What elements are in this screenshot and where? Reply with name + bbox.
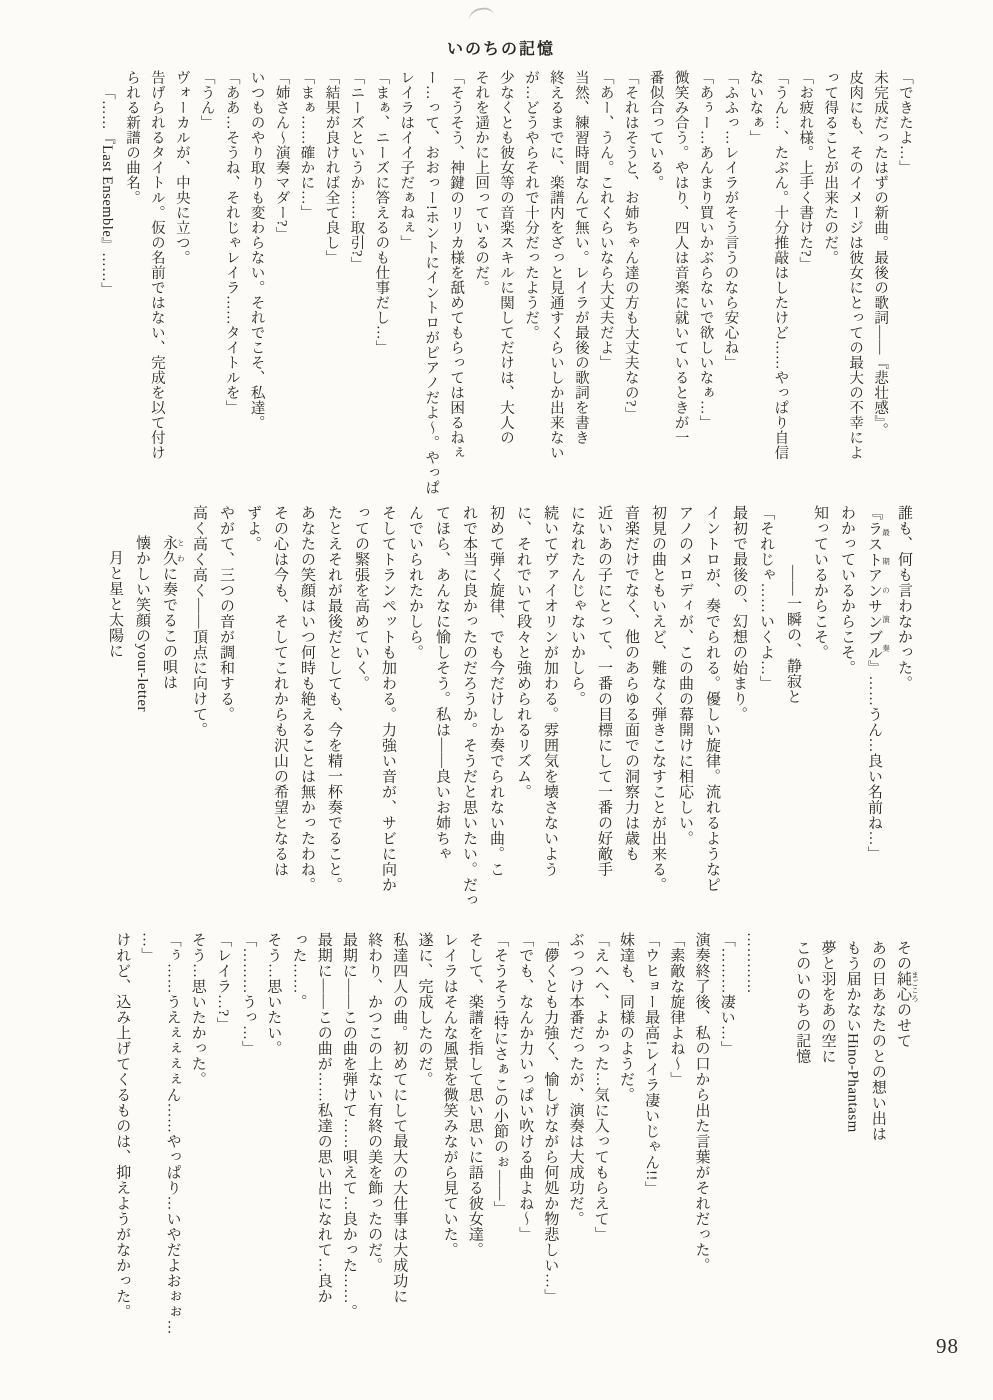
text-line: んでいられたかしら。 (401, 505, 428, 929)
text-line: 「それじゃ……いくよ…」 (752, 505, 779, 929)
text-line: ヴォーカルが、中央に立つ。 (169, 70, 194, 512)
text-line: その心は今も、そしてこれからも沢山の希望となるは (266, 505, 293, 929)
text-line: 「まぁ、ニーズに答えるのも仕事だし…」 (368, 70, 393, 512)
text-line: 近いあの子にとって、一番の目標にして一番の好敵手 (590, 505, 617, 929)
text-line: 続いてヴァイオリンが加わる。雰囲気を壊さないよう (536, 505, 563, 929)
text-block-opening-scene: 「できたよ…」未完成だったはずの新曲。最後の歌詞――『悲壮感』。皮肉にも、そのイ… (94, 70, 917, 512)
text-line: 「ああ…そうね、それじゃレイラ……タイトルを」 (219, 70, 244, 512)
text-line (764, 932, 789, 1336)
text-line: ずよ。 (239, 505, 266, 929)
page-title: いのちの記憶 (447, 36, 555, 59)
text-line: 「ニーズというか……取引?」 (343, 70, 368, 512)
text-line: 当然、練習時間なんて無い。レイラが最後の歌詞を書き (568, 70, 593, 512)
text-line: そして、楽譜を指して思い思いに語る彼女達。 (462, 932, 487, 1336)
text-line: 遂に、完成したのだ。 (411, 932, 436, 1336)
text-line: 「………うっ…」 (235, 932, 260, 1336)
text-line: っての緊張を高めていく。 (347, 505, 374, 929)
text-line: ぶっつけ本番だったが、演奏は大成功だ。 (562, 932, 587, 1336)
scanned-novel-page: いのちの記憶 「できたよ…」未完成だったはずの新曲。最後の歌詞――『悲壮感』。皮… (0, 0, 993, 1400)
text-line: 『ラストアンサンブル最期の演奏』……うん…良い名前ね…」 (860, 505, 890, 929)
text-line: 永久とわに奏でるこの唄は (155, 505, 185, 929)
text-line: が…どうやらそれで十分だったようだ。 (518, 70, 543, 512)
text-line: 演奏終了後、私の口から出た言葉がそれだった。 (688, 932, 713, 1336)
text-line: それを遥かに上回っているのだ。 (468, 70, 493, 512)
text-line: 「……『Last Ensemble』……」 (94, 70, 119, 512)
scan-artifact (467, 6, 494, 22)
text-line: 「できたよ…」 (892, 70, 917, 512)
text-line: あの日あなたのとの想い出は (865, 932, 890, 1336)
page-number: 98 (936, 1334, 959, 1359)
text-line: になれたんじゃないかしら。 (563, 505, 590, 929)
text-line: そう…思いたい。 (260, 932, 285, 1336)
text-line: 「結果が良ければ全て良し」 (319, 70, 344, 512)
text-line: 「あー、うん。これくらいなら大丈夫だよ」 (593, 70, 618, 512)
text-line: 「お疲れ様。上手く書けた?」 (792, 70, 817, 512)
text-line: った……。 (285, 932, 310, 1336)
text-line: 高く高く高く――頂点に向けて。 (185, 505, 212, 929)
text-line: レイラはイイ子だぁねぇ」 (393, 70, 418, 512)
text-line: てほら、あんなに愉しそう。私は――良いお姉ちゃ (428, 505, 455, 929)
text-line: 「そうそう!特にさぁこの小節のぉ――」 (487, 932, 512, 1336)
text-line: ー…って、おおっー!ホントにイントロがピアノだよ〜。やっぱ (418, 70, 443, 512)
text-line: アノのメロディが、この曲の幕開けに相応しい。 (671, 505, 698, 929)
text-line: やがて、三つの音が調和する。 (212, 505, 239, 929)
text-line: わかっているからこそ。 (833, 505, 860, 929)
text-line: レイラはそんな風景を微笑みながら見ていた。 (436, 932, 461, 1336)
text-line: られる新譜の曲名。 (119, 70, 144, 512)
text-line: 「レイラ…?」 (210, 932, 235, 1336)
text-line: 「あぅー…あんまり買いかぶらないで欲しいなぁ…」 (693, 70, 718, 512)
text-line: 「まぁ……確かに…」 (294, 70, 319, 512)
text-line: 未完成だったはずの新曲。最後の歌詞――『悲壮感』。 (867, 70, 892, 512)
text-line: たとえそれが最後だとしても、今を精一杯奏でること。 (320, 505, 347, 929)
text-line: 夢と羽をあの空に (814, 932, 839, 1336)
text-line: 告げられるタイトル。仮の名前ではない、完成を以て付け (144, 70, 169, 512)
text-block-performance-scene: 誰も、何も言わなかった。『ラストアンサンブル最期の演奏』……うん…良い名前ね…」… (101, 505, 917, 929)
text-line: 懐かしい笑顔のyour-letter (128, 505, 155, 929)
text-line: 「それはそうと、お姉ちゃん達の方も大丈夫なの?」 (618, 70, 643, 512)
text-line: 「儚くとも力強く、愉しげながら何処か物悲しい…」 (537, 932, 562, 1336)
text-line: けれど、込み上げてくるものは、抑えようがなかった。 (109, 932, 134, 1336)
text-line: 番似合っている。 (643, 70, 668, 512)
text-line: ………… (739, 932, 764, 1336)
text-line: 「そうそう、神鍵のリリカ様を舐めてもらっては困るねぇ (443, 70, 468, 512)
text-line: あなたの笑顔はいつ何時も絶えることは無かったわね。 (293, 505, 320, 929)
text-line: 「ウヒョー最高!レイラ凄いじゃん!!」 (638, 932, 663, 1336)
text-line: 誰も、何も言わなかった。 (890, 505, 917, 929)
text-line: 少なくとも彼女等の音楽スキルに関してだけは、大人の (493, 70, 518, 512)
text-line: 最初で最後の、幻想の始まり。 (725, 505, 752, 929)
text-line: もう届かないHino-Phantasm (839, 932, 864, 1336)
text-line: このいのちの記憶 (789, 932, 814, 1336)
text-line: 月と星と太陽に (101, 505, 128, 929)
text-line: れで本当に良かったのだろうか。そうだと思いたい。だっ (455, 505, 482, 929)
text-line: そう…思いたかった。 (185, 932, 210, 1336)
text-line: 「姉さん〜演奏マダー?」 (269, 70, 294, 512)
text-line: 音楽だけでなく、他のあらゆる面での洞察力は歳も (617, 505, 644, 929)
text-line: ないなぁ」 (742, 70, 767, 512)
text-line: 微笑み合う。やはり、四人は音楽に就いているときが一 (668, 70, 693, 512)
text-line: に、それでいて段々と強められるリズム。 (509, 505, 536, 929)
text-line: 「うん」 (194, 70, 219, 512)
text-line: …」 (134, 932, 159, 1336)
text-line: 初めて弾く旋律、でも今だけしか奏でられない曲。こ (482, 505, 509, 929)
text-line: 「ふふっ…レイラがそう言うのなら安心ね」 (718, 70, 743, 512)
text-line: その純心まごころのせて (890, 932, 919, 1336)
text-block-aftermath-scene: その純心まごころのせてあの日あなたのとの想い出はもう届かないHino-Phant… (109, 932, 919, 1336)
text-line: いつものやり取りも変わらない。それでこそ、私達。 (244, 70, 269, 512)
text-line: 「ぅ……うえぇぇぇぇん……やっぱり…いやだよおぉぉ… (159, 932, 184, 1336)
text-line: 「うん…、たぶん。十分推敲はしたけど……やっぱり自信 (767, 70, 792, 512)
text-line: ――一瞬の、静寂と (779, 505, 806, 929)
text-line: 初見の曲ともいえど、難なく弾きこなすことが出来る。 (644, 505, 671, 929)
text-line: 私達四人の曲。初めてにして最大の大仕事は大成功に (386, 932, 411, 1336)
text-line: 「えへへ、よかった…気に入ってもらえて」 (588, 932, 613, 1336)
text-line: イントロが、奏でられる。優しい旋律。流れるようなピ (698, 505, 725, 929)
text-line: 最期に――この曲を弾けて……唄えて…良かった……。 (336, 932, 361, 1336)
text-line: って得ることが出来たのだ。 (817, 70, 842, 512)
text-line: 「………凄い…」 (714, 932, 739, 1336)
text-line: 「でも、なんか力いっぱい吹ける曲よね〜」 (512, 932, 537, 1336)
text-line: 「素敵な旋律よね〜」 (663, 932, 688, 1336)
text-line: そしてトランペットも加わる。力強い音が、サビに向か (374, 505, 401, 929)
text-line: 妹達も、同様のようだ。 (613, 932, 638, 1336)
text-line: 終えるまでに、楽譜内をざっと見通すくらいしか出来ない (543, 70, 568, 512)
text-line: 皮肉にも、そのイメージは彼女にとっての最大の不幸によ (842, 70, 867, 512)
text-line: 知っているからこそ。 (806, 505, 833, 929)
text-line: 最期に――この曲が……私達の思い出になれて…良か (311, 932, 336, 1336)
text-line: 終わり、かつこの上ない有終の美を飾ったのだ。 (361, 932, 386, 1336)
